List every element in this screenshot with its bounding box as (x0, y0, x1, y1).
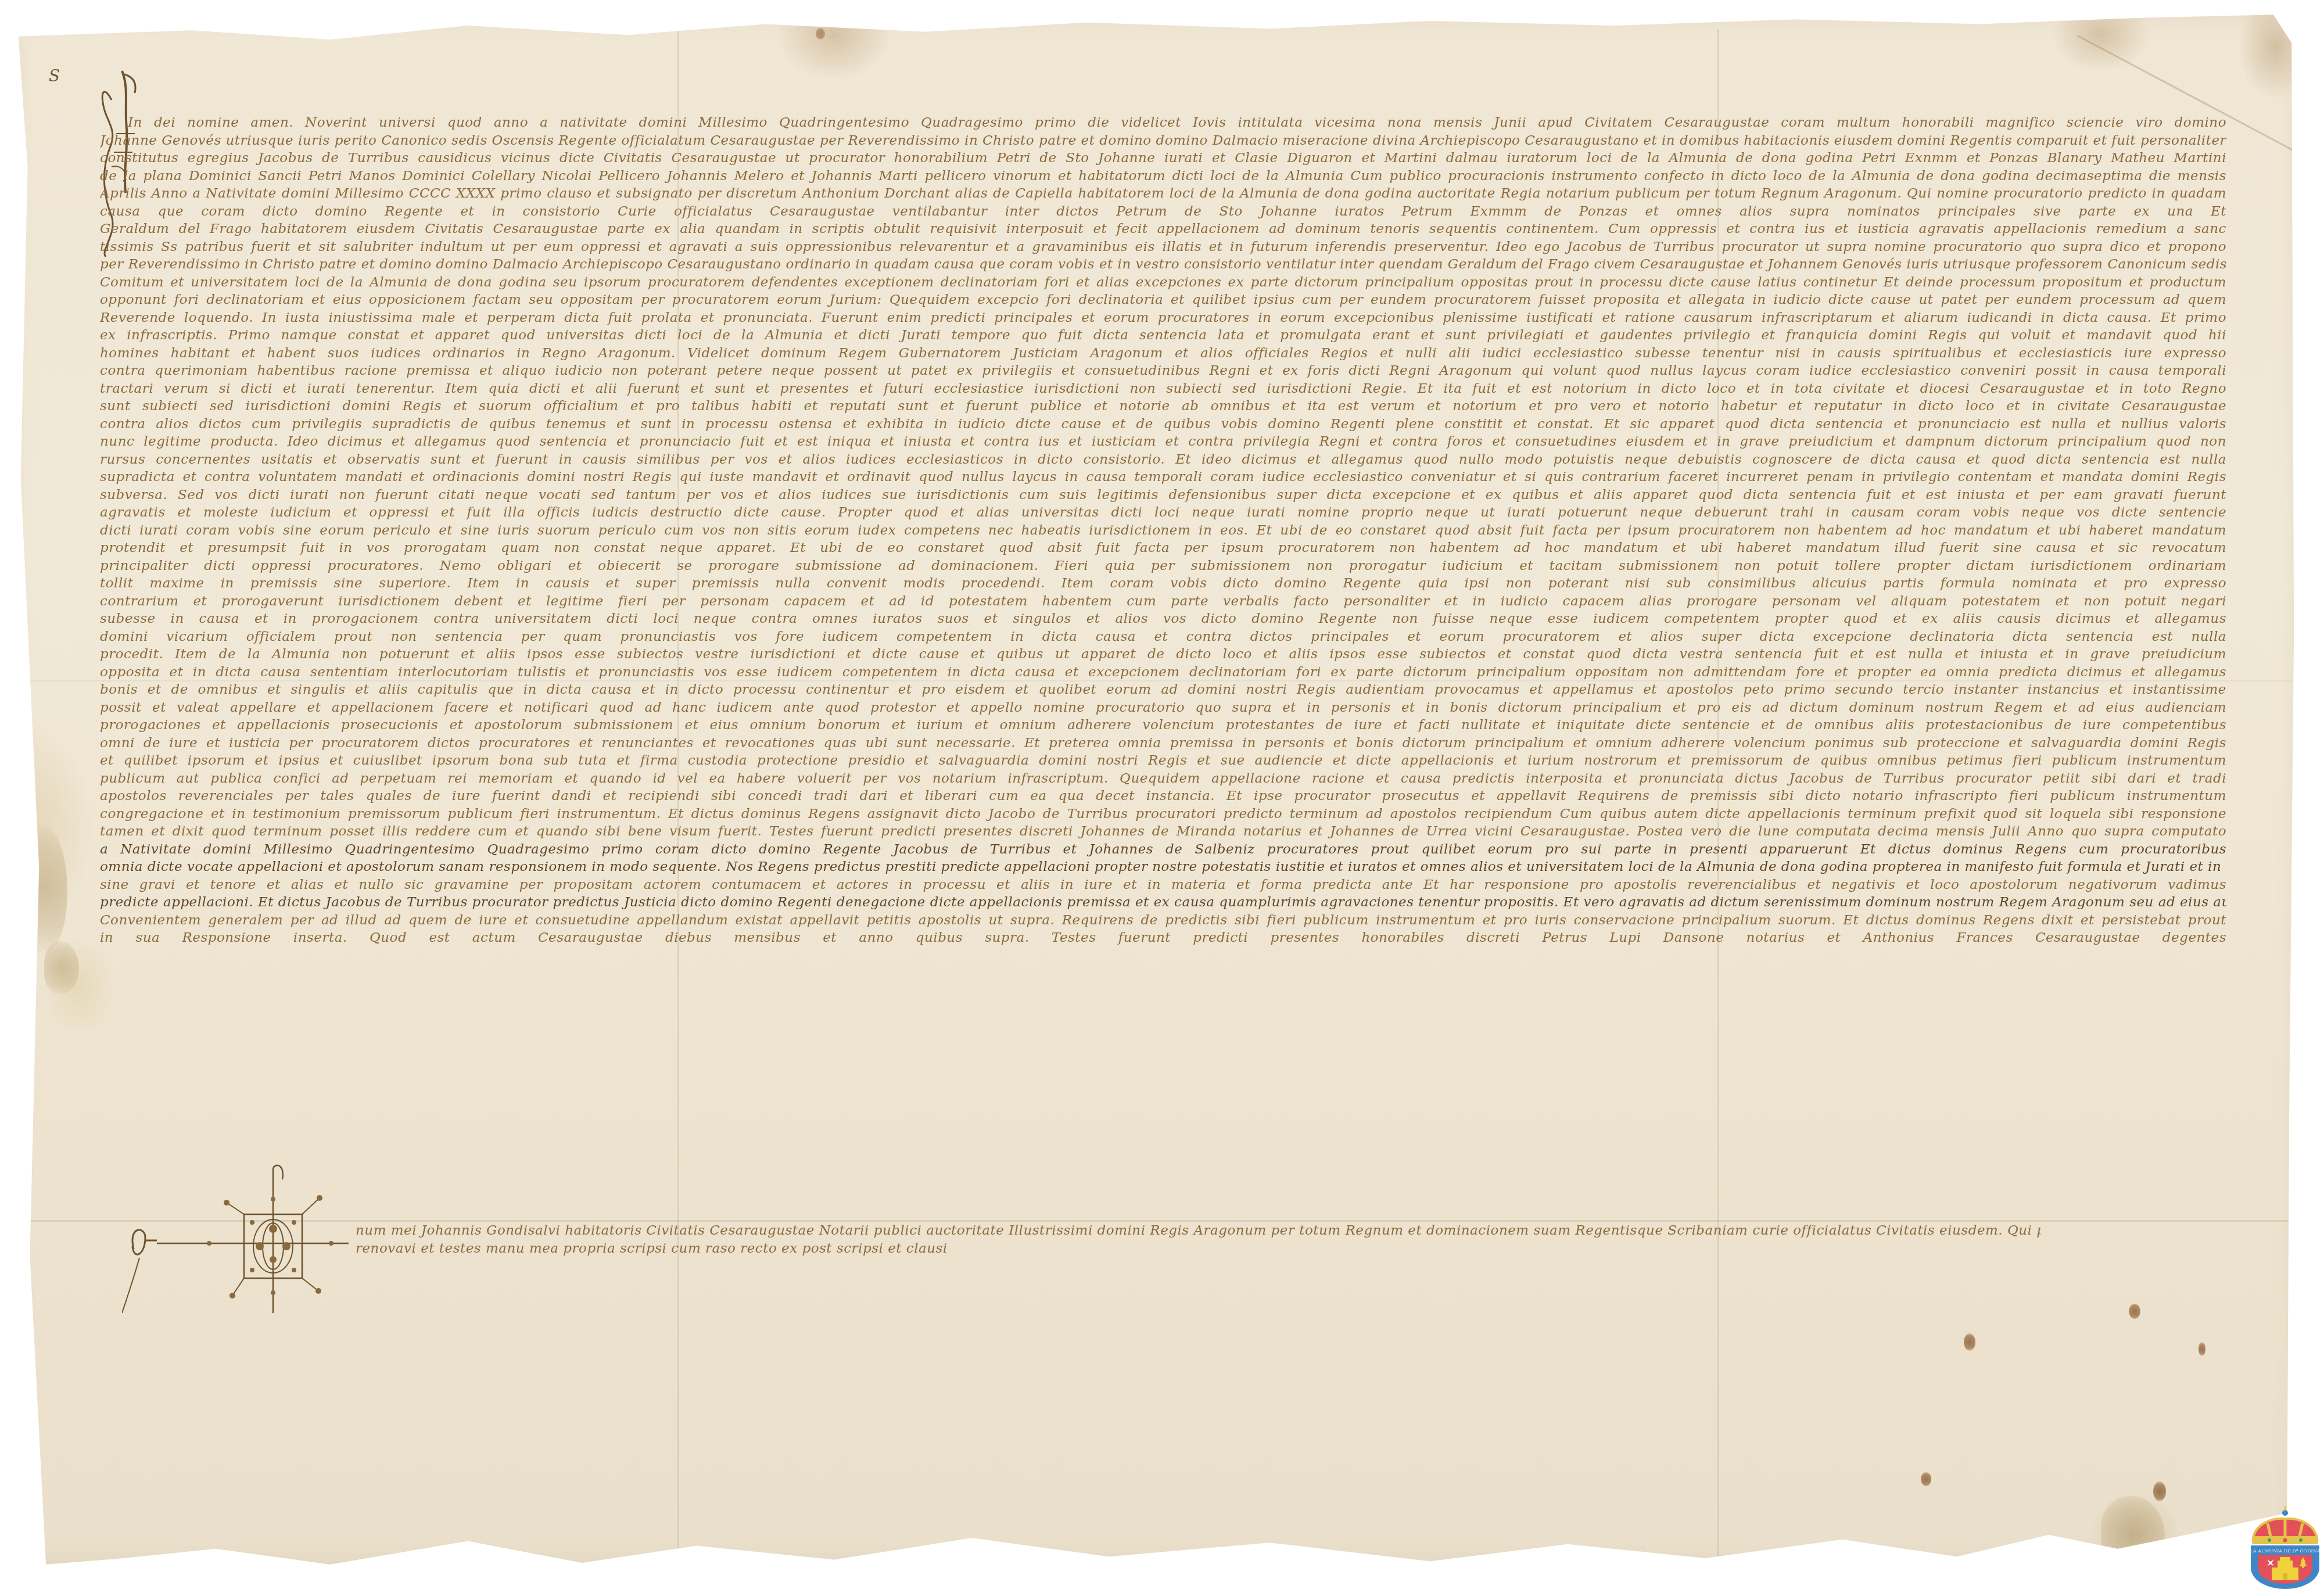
text-line: Reverende loquendo. In iusta iniustissim… (100, 309, 2226, 327)
text-line: In dei nomine amen. Noverint universi qu… (100, 114, 2226, 132)
text-line: Comitum et universitatem loci de la Almu… (100, 274, 2226, 292)
text-line: de la plana Dominici Sancii Petri Manos … (100, 167, 2226, 185)
text-line: Johanne Genovés utriusque iuris perito C… (100, 132, 2226, 150)
text-line: ex infrascriptis. Primo namque constat e… (100, 327, 2226, 345)
text-line: et quilibet ipsorum et ipsius et cuiusli… (100, 752, 2226, 770)
text-line: rursus concernentes usitatis et observat… (100, 451, 2226, 469)
water-stain (44, 941, 79, 993)
ink-spot (1964, 1333, 1975, 1351)
minor-initial: S (49, 66, 60, 85)
text-line: omnia dicte vocate appellacioni et apost… (100, 858, 2226, 876)
text-line: supradicta et contra voluntatem mandati … (100, 468, 2226, 486)
text-line: homines habitant et habent suos iudices … (100, 345, 2226, 363)
text-line: contra querimoniam habentibus racione pr… (100, 362, 2226, 380)
text-line: causa que coram dicto domino Regente et … (100, 203, 2226, 221)
text-line: predicte appellacioni. Et dictus Jacobus… (100, 894, 2226, 912)
text-line: procedit. Item de la Almunia non potueru… (100, 645, 2226, 663)
text-line: Geraldum del Frago habitatorem eiusdem C… (100, 220, 2226, 238)
text-line: opponunt fori declinatoriam et eius oppo… (100, 291, 2226, 309)
text-line: principaliter dicti oppressi procuratore… (100, 557, 2226, 575)
main-text-body: In dei nomine amen. Noverint universi qu… (100, 114, 2226, 947)
text-line: tollit maxime in premissis sine superior… (100, 575, 2226, 593)
text-line: tissimis Ss patribus fuerit et sit salub… (100, 238, 2226, 256)
text-line: possit et valeat appellare et appellacio… (100, 699, 2226, 717)
text-line: constitutus egregius Jacobus de Turribus… (100, 149, 2226, 167)
coat-of-arms-icon: LA ALMUNIA DE Dª GODINA (2247, 1505, 2323, 1589)
document-viewer: S In dei nomine amen. Noverint universi … (0, 0, 2324, 1589)
text-line: domini vicarium officialem prout non sen… (100, 628, 2226, 646)
ink-spot (816, 28, 825, 40)
ink-spot (2153, 1482, 2166, 1501)
water-stain (2101, 1496, 2165, 1572)
text-line: bonis et de omnibus et singulis et aliis… (100, 681, 2226, 699)
subscription-line: renovavi et testes manu mea propria scri… (356, 1240, 2040, 1258)
text-line: omni de iure et iusticia per procuratore… (100, 734, 2226, 752)
notarial-subscription: num mei Johannis Gondisalvi habitatoris … (356, 1222, 2040, 1257)
coat-of-arms-label: LA ALMUNIA DE Dª GODINA (2250, 1548, 2321, 1554)
text-line: in sua Responsione inserta. Quod est act… (100, 929, 2226, 947)
text-line: opposita et in dicta causa sententiam in… (100, 663, 2226, 681)
text-line: contrarium et prorogaverunt iurisdiction… (100, 593, 2226, 611)
text-line: tamen et dixit quod terminum posset illi… (100, 823, 2226, 841)
text-line: sine gravi et tenore et alias et nullo s… (100, 876, 2226, 894)
text-line: a Nativitate domini Millesimo Quadringen… (100, 841, 2226, 859)
text-line: subesse in causa et in prorogacionem con… (100, 610, 2226, 628)
notary-signum-icon (122, 1162, 366, 1313)
text-line: Aprilis Anno a Nativitate domini Millesi… (100, 185, 2226, 203)
water-stain (21, 825, 67, 953)
text-line: per Reverendissimo in Christo patre et d… (100, 256, 2226, 274)
ink-spot (1921, 1472, 1931, 1486)
text-line: contra alios dictos cum privilegiis supr… (100, 415, 2226, 433)
text-line: prorogaciones et appellacionis prosecuci… (100, 716, 2226, 734)
text-line: nunc legitime producta. Ideo dicimus et … (100, 433, 2226, 451)
text-line: sunt subiecti sed iurisdictioni domini R… (100, 397, 2226, 415)
text-line: tractari verum si dicti et iurati tenere… (100, 380, 2226, 398)
text-line: dicti iurati coram vobis sine eorum peri… (100, 522, 2226, 540)
ink-spot (2129, 1304, 2140, 1319)
text-line: Convenientem generalem per ad illud ad q… (100, 912, 2226, 930)
text-line: apostolos reverenciales per tales quales… (100, 787, 2226, 805)
ink-spot (2199, 1342, 2205, 1356)
text-line: congregacione et in testimonium premisso… (100, 805, 2226, 823)
text-line: subversa. Sed vos dicti iurati non fueru… (100, 486, 2226, 504)
text-line: publicum aut publica confici ad perpetua… (100, 770, 2226, 788)
text-line: agravatis et moleste iudicium et oppress… (100, 504, 2226, 522)
subscription-line: num mei Johannis Gondisalvi habitatoris … (356, 1222, 2040, 1240)
text-line: protendit et presumpsit fuit in vos pror… (100, 539, 2226, 557)
